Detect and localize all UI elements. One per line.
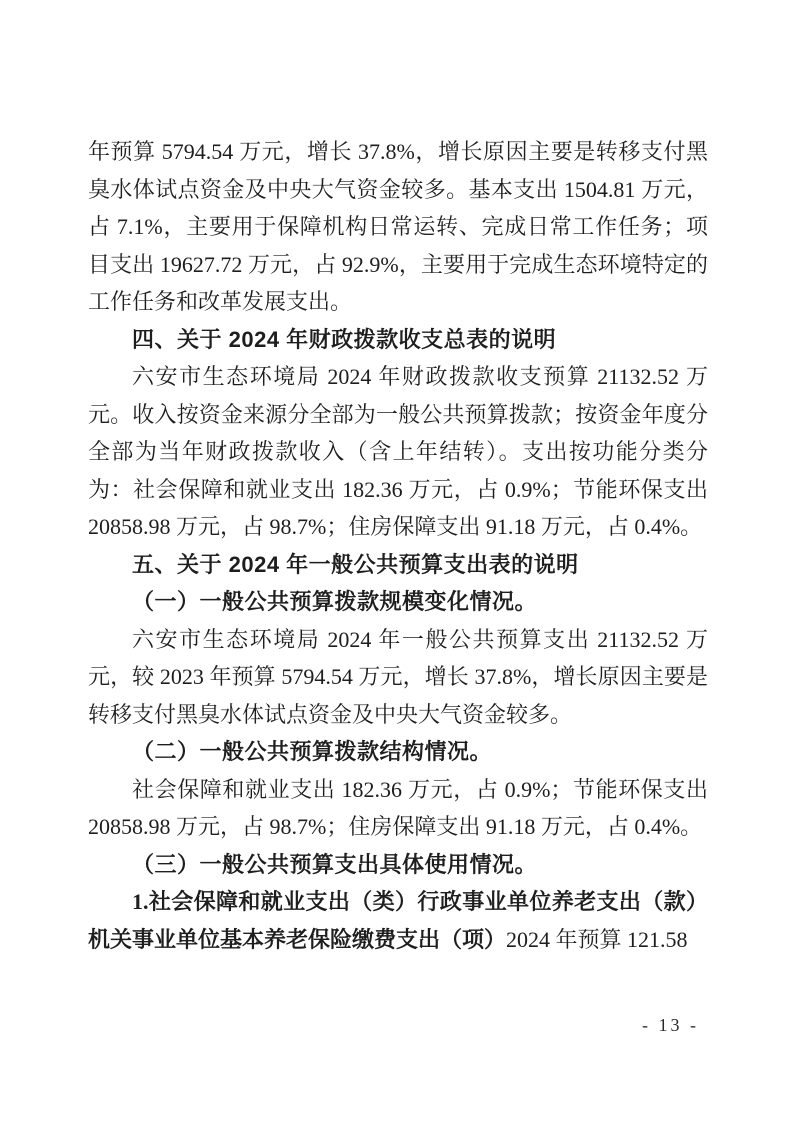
paragraph-continuation-from-previous-page: 年预算 5794.54 万元，增长 37.8%，增长原因主要是转移支付黑臭水体试…	[88, 133, 708, 321]
subsection-2-heading: （二）一般公共预算拨款结构情况。	[88, 733, 708, 771]
subsection-1-paragraph: 六安市生态环境局 2024 年一般公共预算支出 21132.52 万元，较 20…	[88, 621, 708, 734]
document-body: 年预算 5794.54 万元，增长 37.8%，增长原因主要是转移支付黑臭水体试…	[88, 133, 708, 958]
section-4-paragraph: 六安市生态环境局 2024 年财政拨款收支预算 21132.52 万元。收入按资…	[88, 358, 708, 546]
item-1-regular-text: 2024 年预算 121.58	[506, 927, 688, 952]
page-number: - 13 -	[642, 1012, 699, 1038]
section-5-heading: 五、关于 2024 年一般公共预算支出表的说明	[88, 546, 708, 584]
section-4-heading: 四、关于 2024 年财政拨款收支总表的说明	[88, 321, 708, 359]
subsection-1-heading: （一）一般公共预算拨款规模变化情况。	[88, 583, 708, 621]
item-1-paragraph: 1.社会保障和就业支出（类）行政事业单位养老支出（款）机关事业单位基本养老保险缴…	[88, 883, 708, 958]
subsection-2-paragraph: 社会保障和就业支出 182.36 万元，占 0.9%；节能环保支出 20858.…	[88, 771, 708, 846]
subsection-3-heading: （三）一般公共预算支出具体使用情况。	[88, 846, 708, 884]
document-page: 年预算 5794.54 万元，增长 37.8%，增长原因主要是转移支付黑臭水体试…	[0, 0, 793, 1122]
